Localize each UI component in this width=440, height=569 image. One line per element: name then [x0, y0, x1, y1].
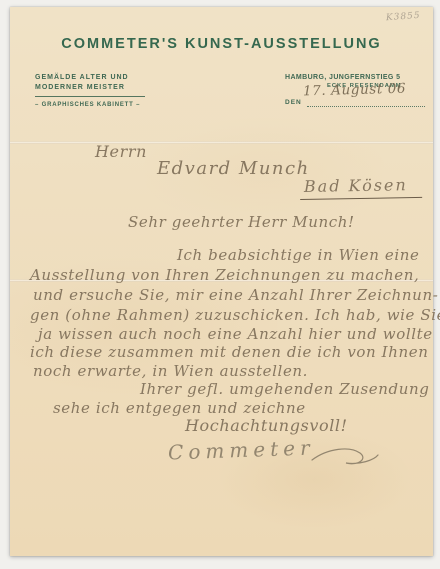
body-line: sehe ich entgegen und zeichne — [53, 401, 306, 416]
recipient-name: Edvard Munch — [157, 160, 310, 178]
signature: Commeter — [168, 437, 315, 462]
date-label: DEN — [285, 98, 302, 107]
letterhead-rule — [35, 96, 145, 97]
body-line: Ausstellung von Ihren Zeichnungen zu mac… — [30, 268, 419, 283]
scanned-letter: K3855 COMMETER'S KUNST-AUSSTELLUNG GEMÄL… — [0, 0, 440, 569]
body-line: gen (ohne Rahmen) zuzuschicken. Ich hab,… — [30, 308, 440, 323]
letterhead-date-row: DEN — [285, 98, 425, 107]
body-line: ja wissen auch noch eine Anzahl hier und… — [38, 327, 433, 342]
body-line: noch erwarte, in Wien ausstellen. — [33, 364, 308, 379]
handwritten-date: 17. August 06 — [303, 83, 406, 99]
fold-crease — [10, 141, 433, 144]
letterhead-left-sub: – GRAPHISCHES KABINETT – — [35, 100, 145, 110]
letterhead-left-line1: GEMÄLDE ALTER UND — [35, 73, 145, 83]
recipient-salutation: Herrn — [95, 144, 147, 160]
body-line: ich diese zusammen mit denen die ich von… — [30, 345, 428, 360]
signature-flourish-icon — [310, 446, 380, 468]
date-dotted-line — [307, 99, 425, 107]
body-line: Ihrer gefl. umgehenden Zusendung — [140, 382, 429, 397]
closing-line: Hochachtungsvoll! — [185, 418, 348, 434]
letterhead-left-block: GEMÄLDE ALTER UND MODERNER MEISTER – GRA… — [35, 73, 145, 110]
letterhead-title: COMMETER'S KUNST-AUSSTELLUNG — [10, 36, 433, 52]
recipient-place: Bad Kösen — [300, 177, 422, 200]
body-line: und ersuche Sie, mir eine Anzahl Ihrer Z… — [33, 288, 438, 303]
letterhead-left-line2: MODERNER MEISTER — [35, 83, 145, 93]
greeting-line: Sehr geehrter Herr Munch! — [128, 215, 355, 230]
body-line: Ich beabsichtige in Wien eine — [177, 248, 420, 263]
